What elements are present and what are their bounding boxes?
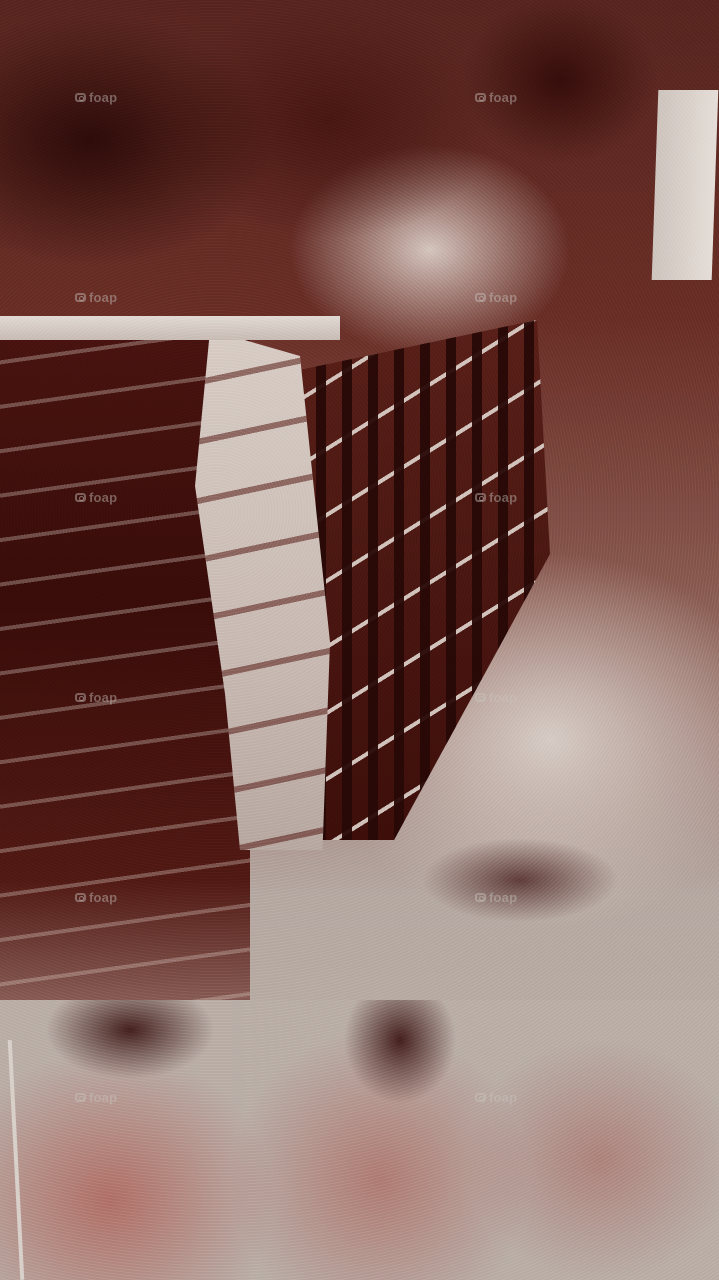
camera-icon — [475, 293, 486, 302]
watermark-text: foap — [489, 90, 517, 105]
watermark: foap — [75, 890, 117, 905]
watermark-text: foap — [89, 290, 117, 305]
watermark-text: foap — [489, 690, 517, 705]
watermark: foap — [475, 290, 517, 305]
watermark: foap — [75, 290, 117, 305]
watermark: foap — [75, 690, 117, 705]
watermark: foap — [75, 1090, 117, 1105]
camera-icon — [75, 693, 86, 702]
camera-icon — [475, 693, 486, 702]
watermark-text: foap — [89, 490, 117, 505]
watermark: foap — [75, 90, 117, 105]
watermark: foap — [475, 490, 517, 505]
camera-icon — [75, 93, 86, 102]
watermark-text: foap — [489, 290, 517, 305]
watermark-text: foap — [89, 90, 117, 105]
photo: foap foap foap foap foap foap foap foap … — [0, 0, 719, 1280]
watermark-text: foap — [489, 890, 517, 905]
watermark-text: foap — [489, 1090, 517, 1105]
watermark: foap — [75, 490, 117, 505]
watermark-text: foap — [89, 690, 117, 705]
camera-icon — [75, 1093, 86, 1102]
camera-icon — [75, 493, 86, 502]
camera-icon — [475, 1093, 486, 1102]
camera-icon — [475, 893, 486, 902]
watermark-text: foap — [89, 1090, 117, 1105]
watermark: foap — [475, 90, 517, 105]
camera-icon — [75, 293, 86, 302]
watermark: foap — [475, 690, 517, 705]
camera-icon — [475, 493, 486, 502]
watermark-text: foap — [89, 890, 117, 905]
camera-icon — [475, 93, 486, 102]
watermark: foap — [475, 890, 517, 905]
watermark: foap — [475, 1090, 517, 1105]
film-grain — [0, 0, 719, 1280]
camera-icon — [75, 893, 86, 902]
watermark-text: foap — [489, 490, 517, 505]
